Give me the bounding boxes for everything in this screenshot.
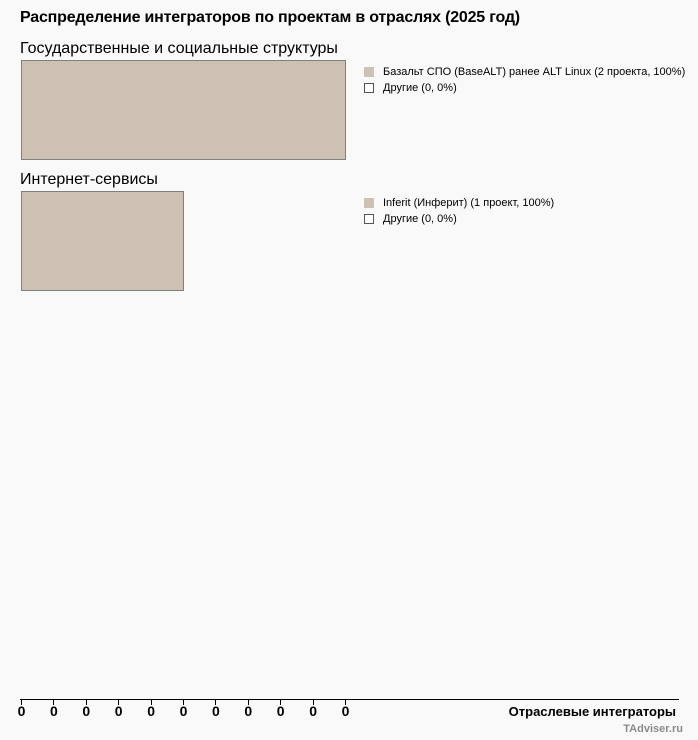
x-axis-tick-label: 0 xyxy=(342,703,350,719)
legend: Inferit (Инферит) (1 проект, 100%)Другие… xyxy=(364,195,554,227)
x-axis-tick-label: 0 xyxy=(212,703,220,719)
x-axis-tick-label: 0 xyxy=(50,703,58,719)
legend-swatch xyxy=(364,83,374,93)
x-axis-tick-label: 0 xyxy=(309,703,317,719)
legend: Базальт СПО (BaseALT) ранее ALT Linux (2… xyxy=(364,64,685,96)
credit-label: TAdviser.ru xyxy=(623,723,683,735)
x-axis-tick-label: 0 xyxy=(115,703,123,719)
bar[interactable] xyxy=(21,60,346,160)
legend-item: Другие (0, 0%) xyxy=(364,211,554,227)
x-axis-tick-label: 0 xyxy=(180,703,188,719)
legend-swatch xyxy=(364,214,374,224)
x-axis-tick-label: 0 xyxy=(277,703,285,719)
legend-item: Inferit (Инферит) (1 проект, 100%) xyxy=(364,195,554,211)
bar[interactable] xyxy=(21,191,184,291)
x-axis-tick-label: 0 xyxy=(18,703,26,719)
legend-item: Другие (0, 0%) xyxy=(364,80,685,96)
x-axis-tick-label: 0 xyxy=(82,703,90,719)
group-label: Государственные и социальные структуры xyxy=(20,40,338,58)
legend-label: Другие (0, 0%) xyxy=(383,82,457,94)
legend-swatch xyxy=(364,67,374,77)
legend-label: Базальт СПО (BaseALT) ранее ALT Linux (2… xyxy=(383,66,685,78)
x-axis-tick-label: 0 xyxy=(244,703,252,719)
x-axis-tick-label: 0 xyxy=(147,703,155,719)
chart-title: Распределение интеграторов по проектам в… xyxy=(20,9,520,27)
legend-label: Другие (0, 0%) xyxy=(383,213,457,225)
group-label: Интернет-сервисы xyxy=(20,171,158,189)
x-axis-title: Отраслевые интеграторы xyxy=(509,704,676,719)
legend-swatch xyxy=(364,198,374,208)
legend-label: Inferit (Инферит) (1 проект, 100%) xyxy=(383,197,554,209)
legend-item: Базальт СПО (BaseALT) ранее ALT Linux (2… xyxy=(364,64,685,80)
